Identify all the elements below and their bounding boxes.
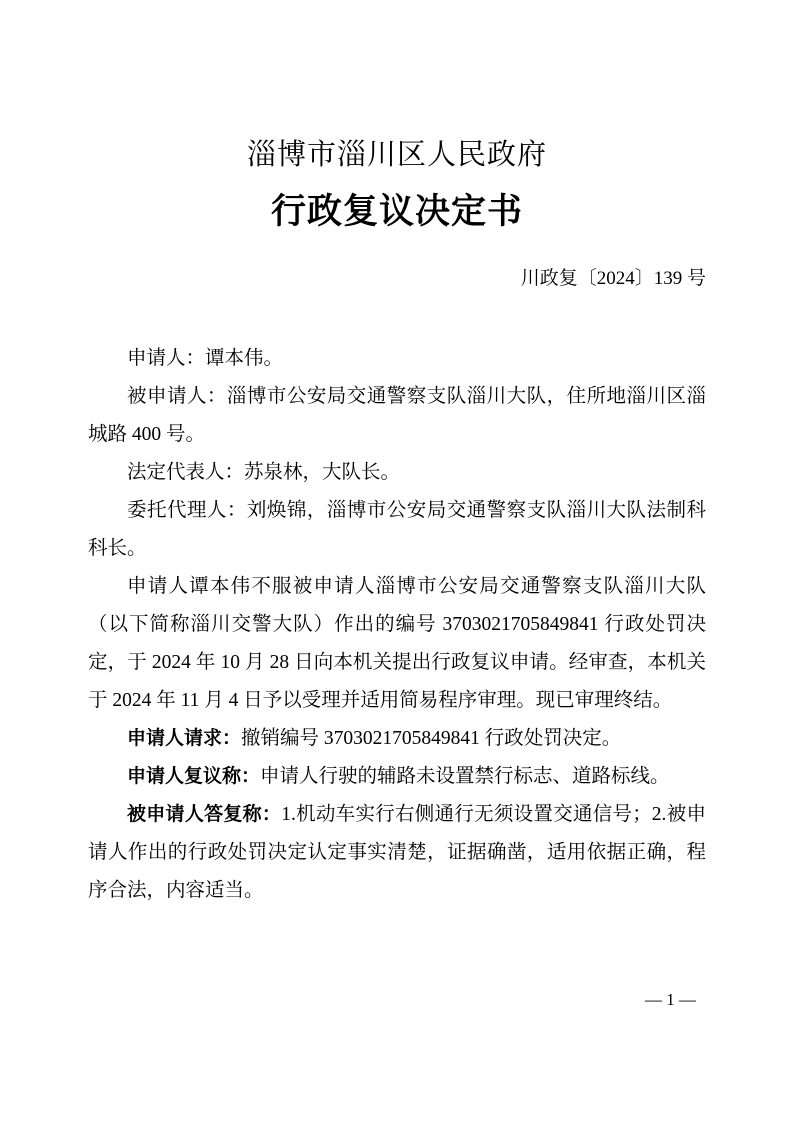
paragraph: 申请人请求：撤销编号 3703021705849841 行政处罚决定。 (88, 720, 706, 758)
paragraph: 委托代理人：刘焕锦，淄博市公安局交通警察支队淄川大队法制科科长。 (88, 492, 706, 568)
paragraph: 申请人复议称：申请人行驶的辅路未设置禁行标志、道路标线。 (88, 758, 706, 796)
page-number: — 1 — (645, 990, 696, 1010)
paragraph-text: 申请人谭本伟不服被申请人淄博市公安局交通警察支队淄川大队（以下简称淄川交警大队）… (88, 576, 706, 711)
paragraph-label: 被申请人答复称： (127, 804, 281, 825)
paragraph-text: 申请人行驶的辅路未设置禁行标志、道路标线。 (260, 766, 670, 787)
paragraph-text: 苏泉林，大队长。 (244, 462, 400, 483)
paragraph-label: 委托代理人： (127, 500, 247, 521)
paragraph-label: 申请人复议称： (127, 766, 260, 787)
document-type-title: 行政复议决定书 (0, 187, 794, 236)
paragraph-text: 撤销编号 3703021705849841 行政处罚决定。 (241, 728, 621, 749)
paragraph-label: 被申请人： (127, 386, 227, 407)
paragraph: 法定代表人：苏泉林，大队长。 (88, 454, 706, 492)
paragraph-label: 法定代表人： (127, 462, 244, 483)
paragraph: 申请人谭本伟不服被申请人淄博市公安局交通警察支队淄川大队（以下简称淄川交警大队）… (88, 568, 706, 720)
document-number: 川政复〔2024〕139 号 (0, 266, 794, 293)
paragraph-text: 谭本伟。 (205, 348, 283, 369)
document-page: 淄博市淄川区人民政府 行政复议决定书 川政复〔2024〕139 号 申请人：谭本… (0, 0, 794, 1123)
paragraph: 被申请人：淄博市公安局交通警察支队淄川大队，住所地淄川区淄城路 400 号。 (88, 378, 706, 454)
document-body: 申请人：谭本伟。 被申请人：淄博市公安局交通警察支队淄川大队，住所地淄川区淄城路… (88, 340, 706, 910)
paragraph: 申请人：谭本伟。 (88, 340, 706, 378)
paragraph-label: 申请人请求： (127, 728, 241, 749)
paragraph: 被申请人答复称：1.机动车实行右侧通行无须设置交通信号；2.被申请人作出的行政处… (88, 796, 706, 910)
government-title: 淄博市淄川区人民政府 (0, 0, 794, 175)
paragraph-label: 申请人： (127, 348, 205, 369)
